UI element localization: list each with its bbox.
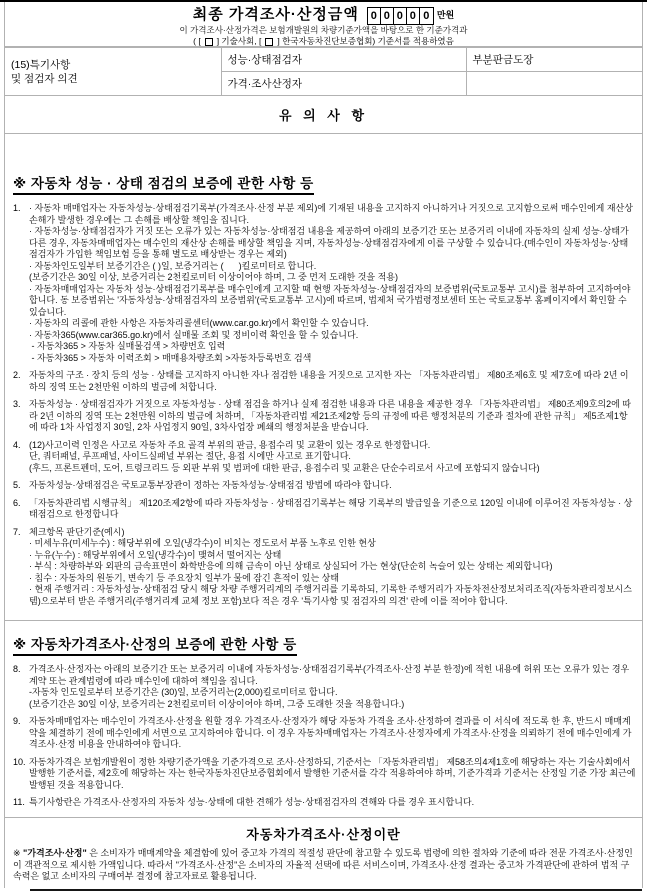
performance-inspector-label: 성능·상태점검자 [221, 48, 466, 72]
amount-digit: 0 [368, 8, 381, 24]
partial-panel-paint-label: 부분판금도장 [466, 48, 642, 72]
definition-rest: 은 소비자가 매매계약을 체결함에 있어 중고차 가격의 적절성 판단에 참고할… [13, 848, 633, 881]
standard-apply-line: ( [ ] 기술사회, [ ] 한국자동차진단보증협회) 기준서를 적용하였음 [5, 36, 642, 47]
document-frame: 최종 가격조사·산정금액 0 0 0 0 0 만원 이 가격조사·산정가격은 보… [4, 2, 643, 888]
definition-body: ※ "가격조사·산정" 은 소비자가 매매계약을 체결함에 있어 중고차 가격의… [13, 848, 634, 883]
apply-line-part1: ( [ [193, 36, 201, 47]
notice-title-band: 유 의 사 항 [5, 96, 642, 134]
special-notes-line1: (15)특기사항 [11, 58, 215, 72]
item-number: 2. [13, 370, 29, 393]
special-notes-line2: 및 점검자 의견 [11, 72, 215, 86]
special-notes-cell: (15)특기사항 및 점검자 의견 [5, 48, 221, 96]
page-bottom-border [30, 889, 642, 891]
item-text: 가격조사·산정자는 아래의 보증기간 또는 보증거리 이내에 자동차성능·상태점… [29, 664, 636, 710]
notice-item-6: 6. 「자동차관리법 시행규칙」 제120조제2항에 따라 자동차성능 · 상태… [13, 498, 636, 521]
amount-unit-label: 만원 [437, 7, 454, 23]
item-text: 자동차성능·상태점검은 국토교통부장관이 정하는 자동차성능·상태점검 방법에 … [29, 480, 636, 492]
notice-item-7: 7. 체크항목 판단기준(예시) · 미세누유(미세누수) : 해당부위에 오일… [13, 527, 636, 608]
definition-term: "가격조사·산정" [23, 848, 87, 858]
item-number: 11. [13, 797, 29, 809]
notice-item-4: 4. (12)사고이력 인정은 사고로 자동차 주요 골격 부위의 판금, 용접… [13, 440, 636, 475]
checkbox-kada-association[interactable] [265, 38, 273, 46]
item-text: 자동차성능 · 상태점검자가 거짓으로 자동차성능 · 상태 점검을 하거나 실… [29, 399, 636, 434]
notice-title: 유 의 사 항 [279, 105, 368, 124]
item-number: 3. [13, 399, 29, 434]
item-number: 4. [13, 440, 29, 475]
section1-heading: ※ 자동차 성능 · 상태 점검의 보증에 관한 사항 등 [13, 172, 314, 195]
item-text: · 자동차 매매업자는 자동차성능·상태점검기록부(가격조사·산정 부분 제외)… [29, 203, 636, 364]
page-title: 최종 가격조사·산정금액 [193, 6, 359, 24]
amount-digit: 0 [420, 8, 433, 24]
item-text: 특기사항란은 가격조사·산정자의 자동차 성능·상태에 대한 견해가 성능·상태… [29, 797, 636, 809]
item-number: 6. [13, 498, 29, 521]
item-number: 8. [13, 664, 29, 710]
notice-item-2: 2. 자동차의 구조 · 장치 등의 성능 · 상태를 고지하지 아니한 자나 … [13, 370, 636, 393]
item-number: 9. [13, 716, 29, 751]
section-performance-warranty: ※ 자동차 성능 · 상태 점검의 보증에 관한 사항 등 1. · 자동차 매… [5, 134, 642, 621]
item-text: (12)사고이력 인정은 사고로 자동차 주요 골격 부위의 판금, 용접수리 … [29, 440, 636, 475]
item-number: 10. [13, 757, 29, 792]
notice-item-11: 11. 특기사항란은 가격조사·산정자의 자동차 성능·상태에 대한 견해가 성… [13, 797, 636, 809]
section-definition: 자동차가격조사·산정이란 ※ "가격조사·산정" 은 소비자가 매매계약을 체결… [5, 818, 642, 888]
stamp-area-empty [466, 72, 642, 96]
section2-heading: ※ 자동차가격조사·산정의 보증에 관한 사항 등 [13, 633, 297, 656]
item-text: 자동차매매업자는 매수인이 가격조사·산정을 원할 경우 가격조사·산정자가 해… [29, 716, 636, 751]
price-assessor-label: 가격·조사산정자 [221, 72, 466, 96]
final-amount-header: 최종 가격조사·산정금액 0 0 0 0 0 만원 이 가격조사·산정가격은 보… [5, 2, 642, 47]
amount-digit: 0 [381, 8, 394, 24]
amount-digit: 0 [394, 8, 407, 24]
inspector-table: (15)특기사항 및 점검자 의견 성능·상태점검자 부분판금도장 가격·조사산… [5, 47, 642, 96]
notice-item-1: 1. · 자동차 매매업자는 자동차성능·상태점검기록부(가격조사·산정 부분 … [13, 203, 636, 364]
notice-item-9: 9. 자동차매매업자는 매수인이 가격조사·산정을 원할 경우 가격조사·산정자… [13, 716, 636, 751]
apply-line-part3: ] 한국자동차진단보증협회) 기준서를 적용하였음 [277, 36, 454, 47]
amount-field: 0 0 0 0 0 만원 [367, 7, 454, 25]
checkbox-technical-society[interactable] [205, 38, 213, 46]
item-number: 7. [13, 527, 29, 608]
definition-prefix: ※ [13, 848, 23, 858]
notice-item-5: 5. 자동차성능·상태점검은 국토교통부장관이 정하는 자동차성능·상태점검 방… [13, 480, 636, 492]
notice-item-10: 10. 자동차가격은 보험개발원이 정한 차량기준가액을 기준가격으로 조사·산… [13, 757, 636, 792]
price-assessment-form-page: 최종 가격조사·산정금액 0 0 0 0 0 만원 이 가격조사·산정가격은 보… [0, 0, 647, 892]
item-text: 자동차의 구조 · 장치 등의 성능 · 상태를 고지하지 아니한 자나 점검한… [29, 370, 636, 393]
item-text: 「자동차관리법 시행규칙」 제120조제2항에 따라 자동차성능 · 상태점검기… [29, 498, 636, 521]
definition-heading: 자동차가격조사·산정이란 [13, 824, 634, 843]
item-number: 5. [13, 480, 29, 492]
item-text: 체크항목 판단기준(예시) · 미세누유(미세누수) : 해당부위에 오일(냉각… [29, 527, 636, 608]
amount-digit: 0 [407, 8, 420, 24]
header-subtitle: 이 가격조사·산정가격은 보험개발원의 차량기준가액을 바탕으로 한 기준가격과 [5, 25, 642, 36]
section-price-warranty: ※ 자동차가격조사·산정의 보증에 관한 사항 등 8. 가격조사·산정자는 아… [5, 621, 642, 818]
amount-digit-boxes: 0 0 0 0 0 [367, 7, 434, 25]
item-text: 자동차가격은 보험개발원이 정한 차량기준가액을 기준가격으로 조사·산정하되,… [29, 757, 636, 792]
notice-item-3: 3. 자동차성능 · 상태점검자가 거짓으로 자동차성능 · 상태 점검을 하거… [13, 399, 636, 434]
apply-line-part2: ] 기술사회, [ [217, 36, 262, 47]
notice-item-8: 8. 가격조사·산정자는 아래의 보증기간 또는 보증거리 이내에 자동차성능·… [13, 664, 636, 710]
item-number: 1. [13, 203, 29, 364]
